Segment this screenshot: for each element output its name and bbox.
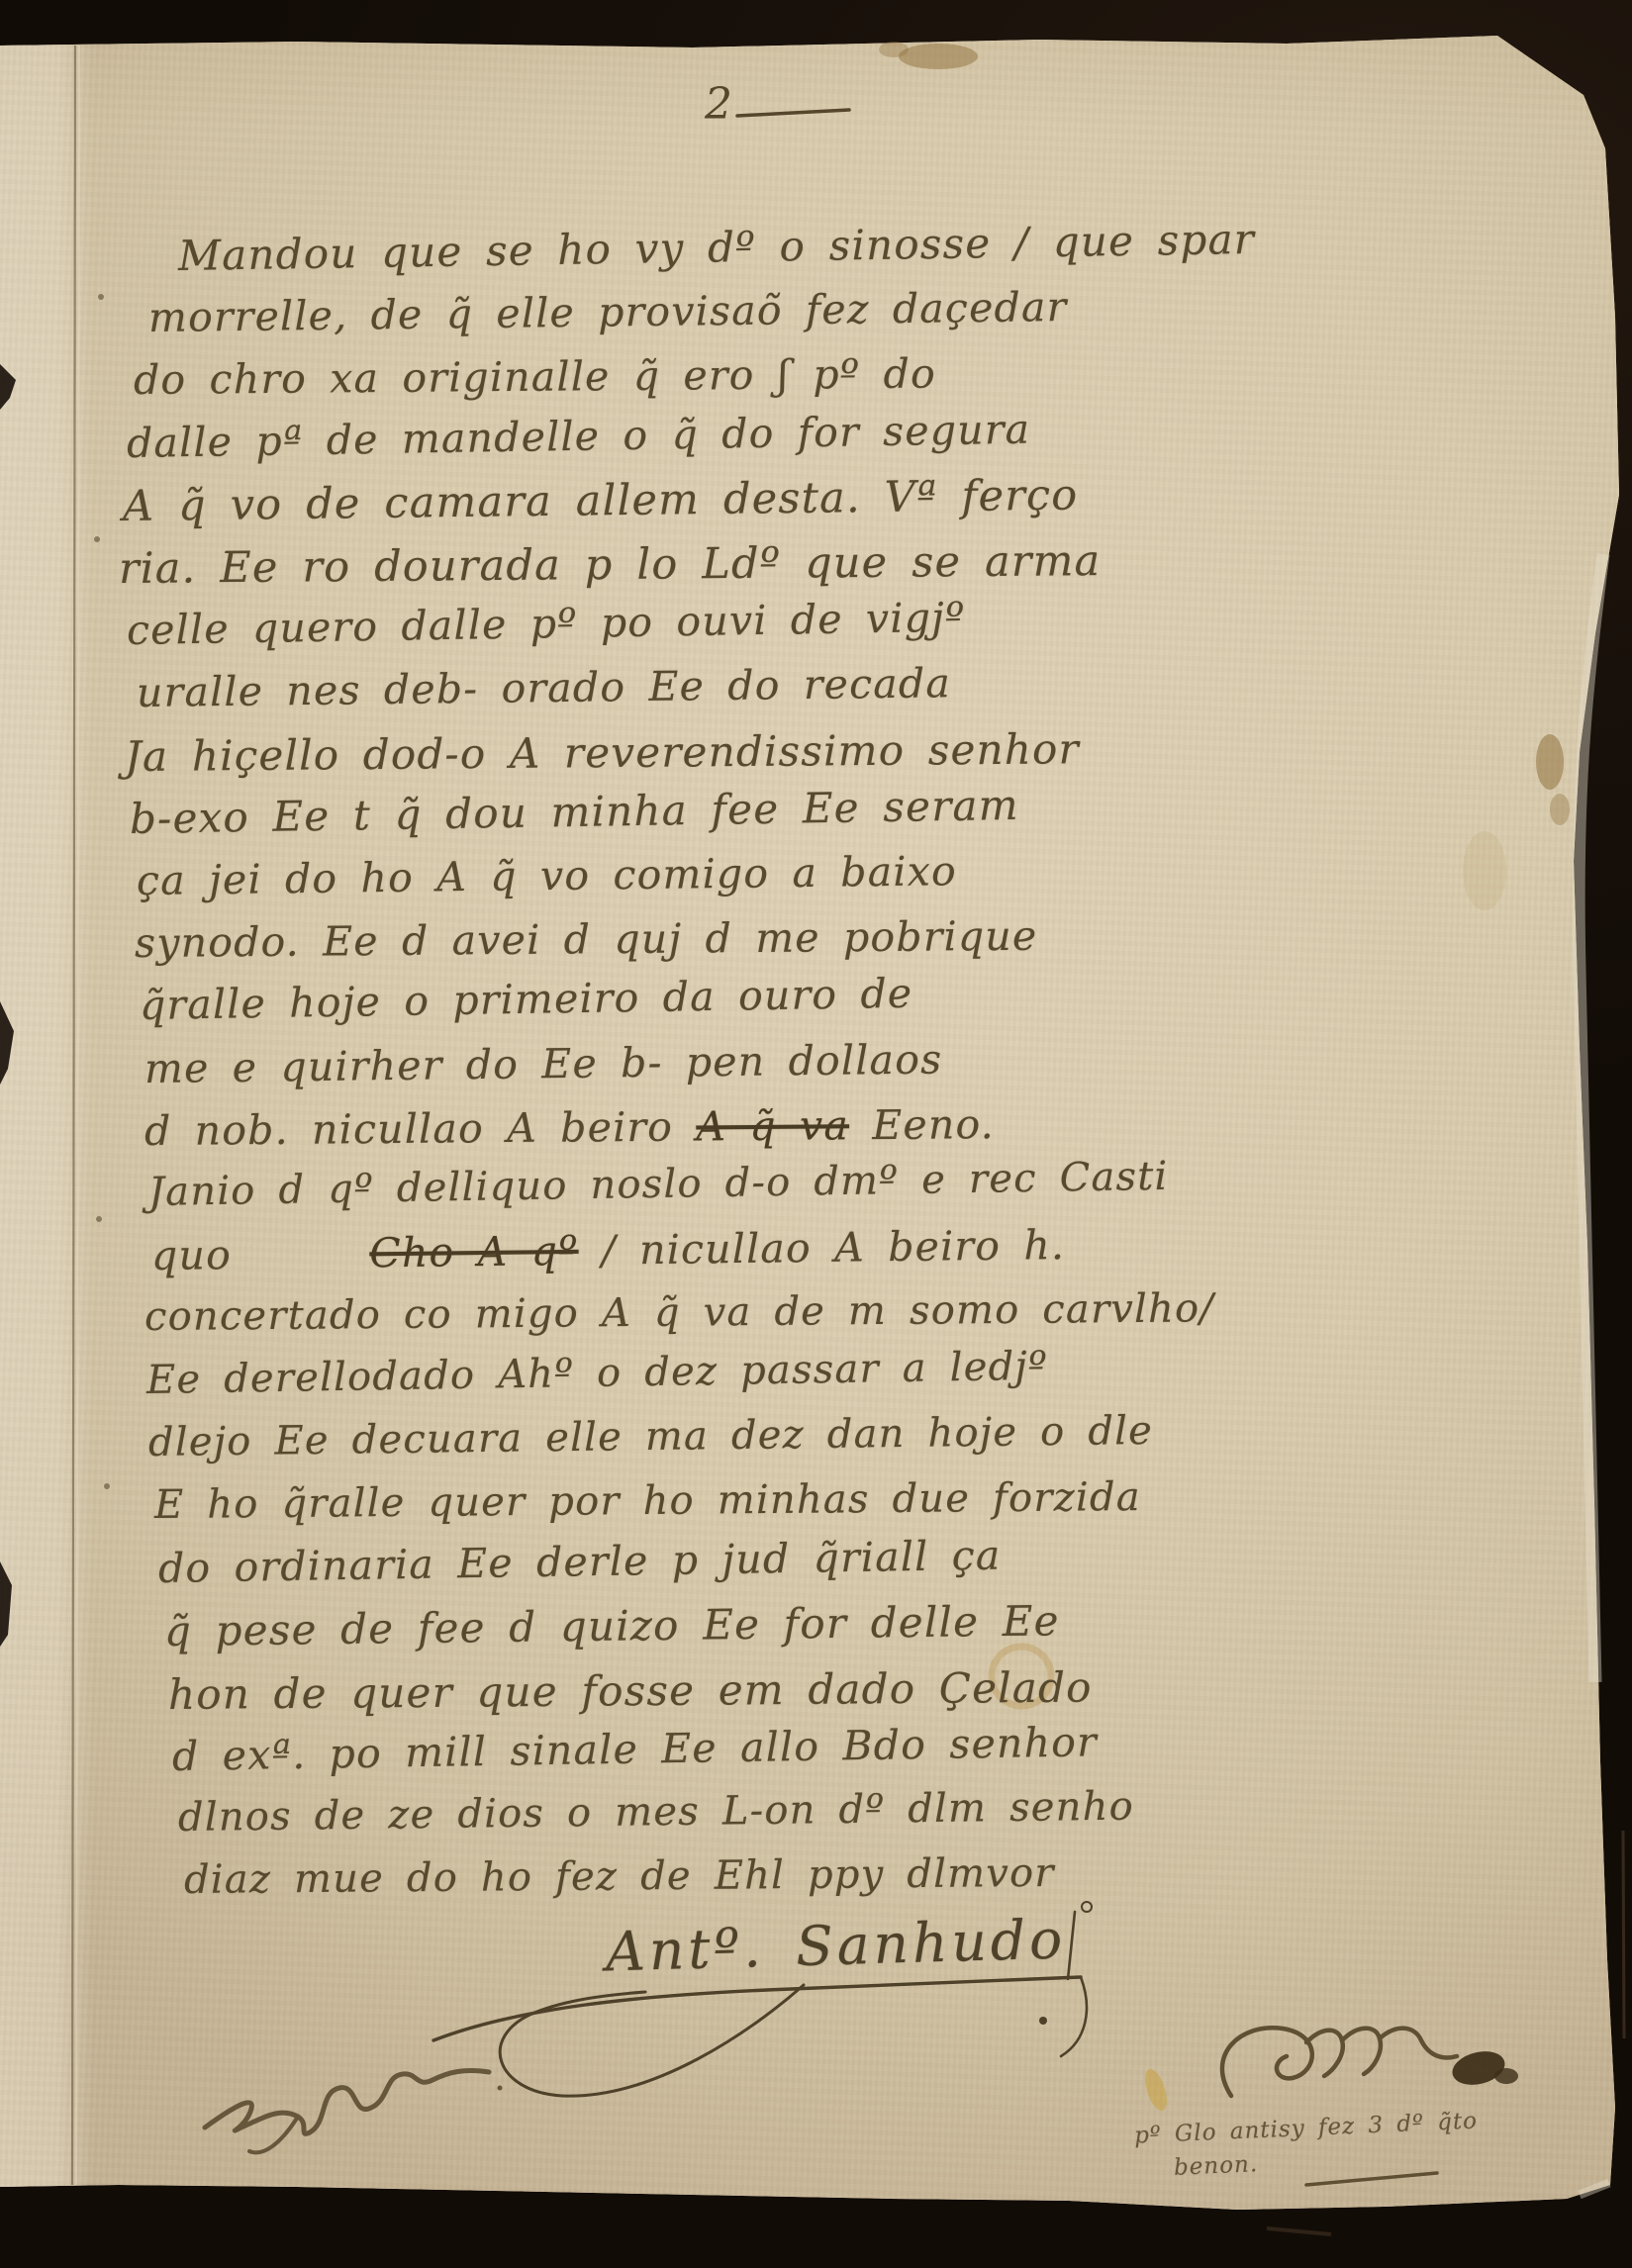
line-text: / nicullao A beiro h. — [578, 1221, 1065, 1275]
manuscript-line: E ho q̃ralle quer por ho minhas due forz… — [154, 1474, 1141, 1528]
manuscript-line: q̃ralle hoje o primeiro da ouro de — [140, 970, 913, 1029]
manuscript-line: Ja hiçello dod-o A reverendissimo senhor — [125, 724, 1080, 781]
manuscript-line: d exª. po mill sinale Ee allo Bdo senhor — [172, 1718, 1099, 1780]
manuscript-line: diaz mue do ho fez de Ehl ppy dlmvor — [184, 1850, 1055, 1903]
manuscript-line: me e quirher do Ee b- pen dollaos — [144, 1035, 943, 1092]
manuscript-line: do ordinaria Ee derle p jud q̃riall ça — [158, 1532, 1002, 1592]
manuscript-line: hon de quer que fosse em dado Çelado — [168, 1662, 1093, 1718]
manuscript-line: b-exo Ee t q̃ dou minha fee Ee seram — [130, 781, 1019, 843]
manuscript-line: Ee derellodado Ahº o dez passar a ledjº — [146, 1343, 1049, 1402]
manuscript-line: q̃ pese de fee d quizo Ee for delle Ee — [164, 1597, 1060, 1656]
line-text: quo — [151, 1230, 370, 1280]
photo-background: 2 Mandou que se ho vy dº o sinosse / que… — [0, 0, 1632, 2268]
manuscript-line: morrelle, de q̃ elle provisaõ fez daçeda… — [148, 283, 1068, 341]
struck-word: Cho A qº — [369, 1227, 579, 1277]
manuscript-line: dlejo Ee decuara elle ma dez dan hoje o … — [148, 1408, 1154, 1465]
manuscript-line: do chro xa originalle q̃ ero ʃ pº do — [134, 350, 936, 405]
manuscript-line: dalle pª de mandelle o q̃ do for segura — [127, 405, 1031, 466]
manuscript-line: A q̃ vo de camara allem desta. Vª ferço — [123, 470, 1079, 530]
manuscript-line: dlnos de ze dios o mes L-on dº dlm senho — [178, 1784, 1134, 1841]
manuscript-line: d nob. nicullao A beiro A q̃ va Eeno. — [144, 1100, 995, 1155]
manuscript-line: Janio d qº delliquo noslo d-o dmº e rec … — [148, 1154, 1169, 1215]
manuscript-line: uralle nes deb- orado Ee do recada — [137, 660, 952, 717]
manuscript-line: Mandou que se ho vy dº o sinosse / que s… — [178, 215, 1256, 280]
manuscript-line: concertado co migo A q̃ va de m somo car… — [144, 1286, 1214, 1341]
struck-word: A q̃ va — [696, 1101, 849, 1150]
manuscript-line: ça jei do ho A q̃ vo comigo a baixo — [137, 847, 957, 904]
line-text: d nob. nicullao A beiro — [144, 1102, 697, 1154]
manuscript-line: ria. Ee ro dourada p lo Ldº que se arma — [119, 536, 1102, 594]
manuscript-line: celle quero dalle pº po ouvi de vigjº — [127, 594, 966, 654]
notary-note-line-2: benon. — [1173, 2151, 1258, 2181]
manuscript-line: synodo. Ee d avei d quj d me pobrique — [135, 912, 1038, 967]
line-text: Eeno. — [849, 1100, 995, 1149]
manuscript-line: quo Cho A qº / nicullao A beiro h. — [151, 1221, 1066, 1279]
signature-antonio-sanhudo: Antº. Sanhudo — [605, 1908, 1067, 1984]
